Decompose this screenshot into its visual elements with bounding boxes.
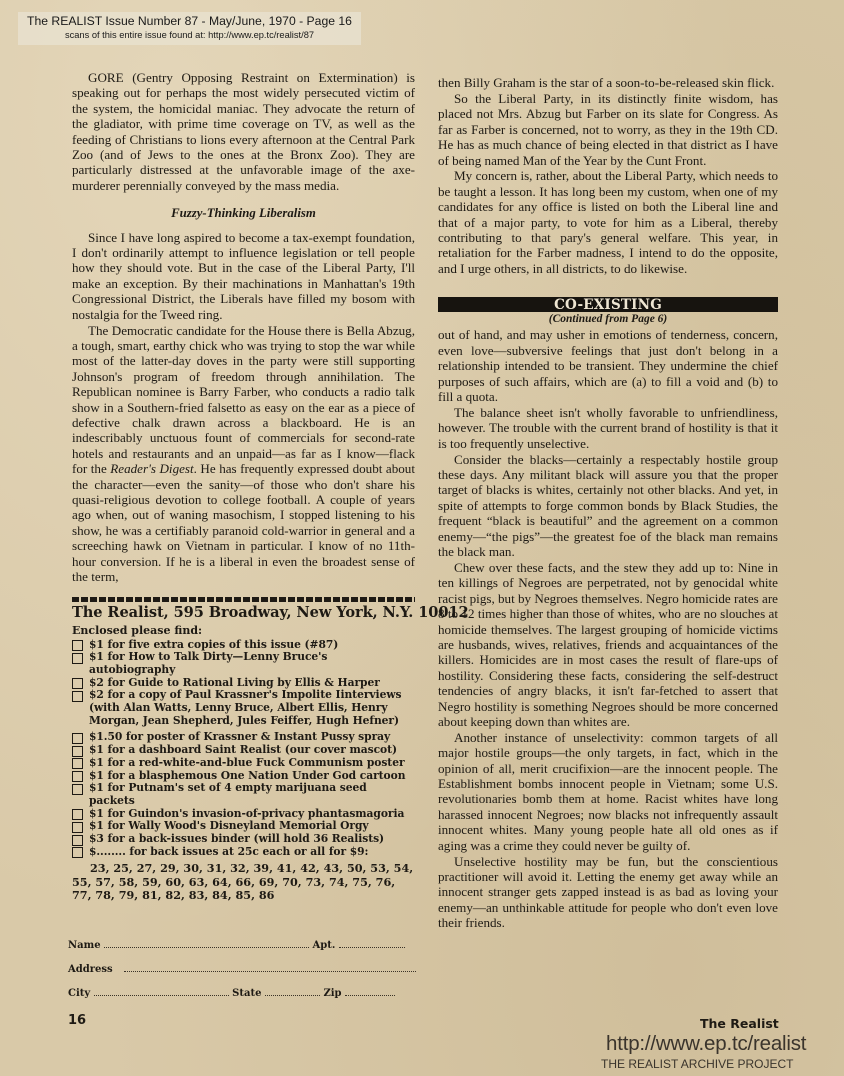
address-field[interactable] bbox=[124, 963, 416, 972]
banner-title: CO-EXISTING bbox=[554, 297, 662, 312]
checkbox[interactable] bbox=[72, 847, 83, 858]
article-paragraph: Consider the blacks—certainly a respecta… bbox=[438, 452, 778, 560]
section-subhead: Fuzzy-Thinking Liberalism bbox=[72, 206, 415, 221]
paragraph-text: . He has frequently expressed doubt abou… bbox=[72, 461, 415, 584]
checkbox[interactable] bbox=[72, 784, 83, 795]
order-item: $1 for Putnam's set of 4 empty marijuana… bbox=[72, 782, 415, 807]
paragraph-text: The Democratic candidate for the House t… bbox=[72, 323, 415, 477]
back-issues-list: 23, 25, 27, 29, 30, 31, 32, 39, 41, 42, … bbox=[72, 862, 415, 903]
order-items-list: $1 for five extra copies of this issue (… bbox=[72, 639, 415, 859]
left-column: GORE (Gentry Opposing Restraint on Exter… bbox=[72, 70, 415, 903]
city-state-zip-row: City State Zip bbox=[68, 987, 395, 999]
article-paragraph: Chew over these facts, and the stew they… bbox=[438, 560, 778, 729]
archive-header-title: The REALIST Issue Number 87 - May/June, … bbox=[18, 14, 361, 29]
checkbox[interactable] bbox=[72, 771, 83, 782]
article-paragraph: So the Liberal Party, in its distinctly … bbox=[438, 91, 778, 168]
city-label: City bbox=[68, 988, 90, 999]
article-paragraph: My concern is, rather, about the Liberal… bbox=[438, 168, 778, 276]
article-paragraph: The Democratic candidate for the House t… bbox=[72, 323, 415, 585]
name-label: Name bbox=[68, 940, 101, 951]
archive-header: The REALIST Issue Number 87 - May/June, … bbox=[18, 12, 361, 45]
archive-project-label: THE REALIST ARCHIVE PROJECT bbox=[601, 1057, 794, 1071]
page-number: 16 bbox=[68, 1013, 86, 1028]
order-form-title: The Realist, 595 Broadway, New York, N.Y… bbox=[72, 603, 415, 623]
order-item: $1 for How to Talk Dirty—Lenny Bruce's a… bbox=[72, 651, 415, 676]
checkbox[interactable] bbox=[72, 733, 83, 744]
order-form: The Realist, 595 Broadway, New York, N.Y… bbox=[72, 603, 415, 903]
order-item: $3 for a back-issues binder (will hold 3… bbox=[72, 833, 415, 846]
continued-from-note: (Continued from Page 6) bbox=[438, 312, 778, 327]
checkbox[interactable] bbox=[72, 758, 83, 769]
apt-field[interactable] bbox=[339, 939, 405, 948]
zip-field[interactable] bbox=[345, 987, 395, 996]
checkbox[interactable] bbox=[72, 835, 83, 846]
city-field[interactable] bbox=[94, 987, 229, 996]
right-column: then Billy Graham is the star of a soon-… bbox=[438, 75, 778, 931]
apt-label: Apt. bbox=[313, 940, 336, 951]
checkbox[interactable] bbox=[72, 678, 83, 689]
checkbox[interactable] bbox=[72, 822, 83, 833]
article-paragraph: GORE (Gentry Opposing Restraint on Exter… bbox=[72, 70, 415, 193]
article-paragraph: out of hand, and may usher in emotions o… bbox=[438, 327, 778, 404]
archive-header-subtitle[interactable]: scans of this entire issue found at: htt… bbox=[18, 29, 361, 41]
address-row: Address bbox=[68, 963, 416, 975]
publication-title: Reader's Digest bbox=[110, 461, 193, 476]
state-field[interactable] bbox=[265, 987, 320, 996]
article-paragraph: Since I have long aspired to become a ta… bbox=[72, 230, 415, 322]
checkbox[interactable] bbox=[72, 691, 83, 702]
checkbox[interactable] bbox=[72, 809, 83, 820]
name-row: Name Apt. bbox=[68, 939, 405, 951]
cut-line-divider bbox=[72, 597, 415, 602]
checkbox[interactable] bbox=[72, 640, 83, 651]
article-paragraph: then Billy Graham is the star of a soon-… bbox=[438, 75, 778, 90]
zip-label: Zip bbox=[323, 988, 341, 999]
state-label: State bbox=[232, 988, 261, 999]
order-item: $1 for a dashboard Saint Realist (our co… bbox=[72, 744, 415, 757]
order-item: $2 for a copy of Paul Krassner's Impolit… bbox=[72, 689, 415, 727]
magazine-folio: The Realist bbox=[700, 1016, 779, 1031]
order-form-enclosed-label: Enclosed please find: bbox=[72, 623, 415, 638]
archive-url-link[interactable]: http://www.ep.tc/realist bbox=[606, 1032, 806, 1056]
order-item: $........ for back issues at 25c each or… bbox=[72, 846, 415, 859]
checkbox[interactable] bbox=[72, 746, 83, 757]
checkbox[interactable] bbox=[72, 653, 83, 664]
name-field[interactable] bbox=[104, 939, 309, 948]
co-existing-banner: CO-EXISTING bbox=[438, 297, 778, 312]
article-paragraph: Another instance of unselectivity: commo… bbox=[438, 730, 778, 853]
article-paragraph: The balance sheet isn't wholly favorable… bbox=[438, 405, 778, 451]
address-label: Address bbox=[68, 964, 113, 975]
order-item: $1 for a red-white-and-blue Fuck Communi… bbox=[72, 757, 415, 770]
article-paragraph: Unselective hostility may be fun, but th… bbox=[438, 854, 778, 931]
